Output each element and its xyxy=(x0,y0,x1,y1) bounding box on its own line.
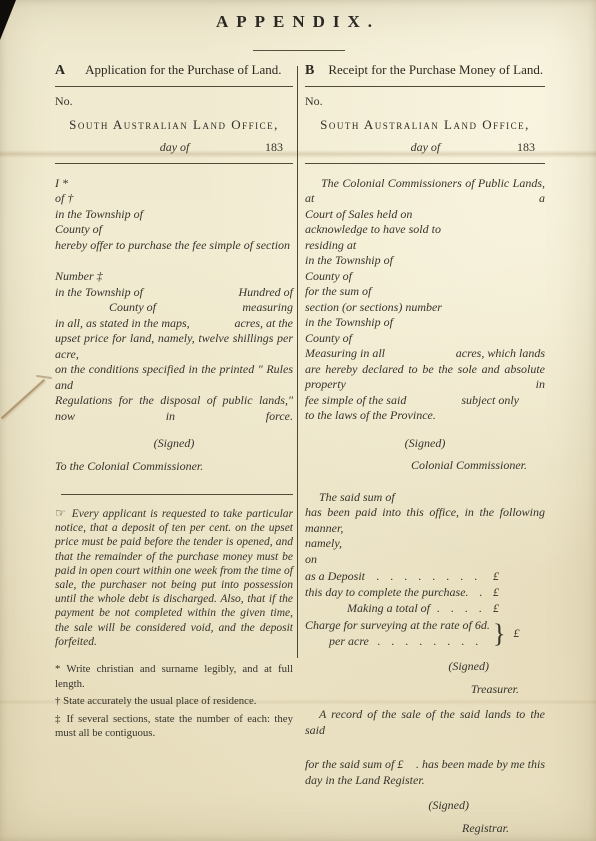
form-a-application: A Application for the Purchase of Land. … xyxy=(55,62,293,741)
form-line: Charge for surveying at the rate of 6d. xyxy=(305,618,491,634)
dot-leader: . . . . xyxy=(430,601,493,617)
form-line: are hereby declared to be the sole and a… xyxy=(305,362,545,393)
form-line: Regulations for the disposal of public l… xyxy=(55,393,293,424)
brace-glyph: } xyxy=(493,626,505,642)
form-line: Court of Sales held on xyxy=(305,207,545,223)
form-line: A record of the sale of the said lands t… xyxy=(305,707,545,738)
form-line: in all, as stated in the maps, xyxy=(55,316,190,332)
form-line: County of xyxy=(55,222,293,238)
currency-symbol: £ xyxy=(493,569,545,585)
form-pair-line: County of measuring xyxy=(55,300,293,316)
footnote: * Write christian and surname legibly, a… xyxy=(55,662,293,691)
form-line: County of xyxy=(305,331,545,347)
currency-symbol: £ xyxy=(493,585,545,601)
form-line: to the laws of the Province. xyxy=(305,408,545,424)
surveying-charge-row: Charge for surveying at the rate of 6d. … xyxy=(305,618,545,649)
office-name: South Australian Land Office, xyxy=(305,117,545,133)
form-b-heading: Receipt for the Purchase Money of Land. xyxy=(328,62,543,78)
year-prefix: 183 xyxy=(265,140,283,156)
signed-label: (Signed) xyxy=(305,436,545,452)
form-line: in the Township of xyxy=(305,315,545,331)
payment-label: this day to complete the purchase xyxy=(305,585,466,601)
payment-label: as a Deposit xyxy=(305,569,365,585)
form-line: has been paid into this office, in the f… xyxy=(305,505,545,536)
notice-paragraph: ☞Every applicant is requested to take pa… xyxy=(55,506,293,649)
form-line: in the Township of xyxy=(305,253,545,269)
payment-row: as a Deposit . . . . . . . . £ xyxy=(305,569,545,585)
commissioner-title: Colonial Commissioner. xyxy=(305,458,545,474)
number-label: No. xyxy=(305,94,545,110)
footnote: † State accurately the usual place of re… xyxy=(55,694,293,709)
treasurer-title: Treasurer. xyxy=(305,682,545,698)
number-label: No. xyxy=(55,94,293,110)
form-line: acres, at the xyxy=(234,316,293,332)
form-line: on the conditions specified in the print… xyxy=(55,362,293,393)
day-of-label: day of xyxy=(411,140,441,156)
manicule-icon: ☞ xyxy=(55,506,66,520)
application-opening: I * of † in the Township of County of he… xyxy=(55,176,293,254)
form-a-header: A Application for the Purchase of Land. xyxy=(55,62,293,79)
form-line: Number ‡ xyxy=(55,269,293,285)
form-b-header: B Receipt for the Purchase Money of Land… xyxy=(305,62,545,79)
form-b-receipt: B Receipt for the Purchase Money of Land… xyxy=(305,62,545,836)
form-a-heading: Application for the Purchase of Land. xyxy=(85,62,281,78)
date-row: day of 183 xyxy=(55,140,293,156)
page-title: APPENDIX. xyxy=(0,12,596,32)
form-line: I * xyxy=(55,176,293,192)
paper-tear xyxy=(1,379,45,419)
registrar-title: Registrar. xyxy=(305,821,545,837)
column-divider xyxy=(297,66,298,658)
rule xyxy=(55,163,293,164)
form-line: residing at xyxy=(305,238,545,254)
dot-leader: . . . . . . . . xyxy=(369,634,491,650)
rule xyxy=(305,86,545,87)
form-line: for the sum of xyxy=(305,284,545,300)
year-prefix: 183 xyxy=(517,140,535,156)
form-pair-line: in all, as stated in the maps, acres, at… xyxy=(55,316,293,332)
payment-table: as a Deposit . . . . . . . . £ this day … xyxy=(305,569,545,649)
payment-label: Making a total of xyxy=(305,601,430,617)
form-line: subject only xyxy=(461,393,545,409)
form-line: acres, which lands xyxy=(456,346,545,362)
title-underline xyxy=(253,50,345,51)
form-line: Hundred of xyxy=(238,285,293,301)
form-pair-line: Measuring in all acres, which lands xyxy=(305,346,545,362)
currency-symbol: £ xyxy=(493,601,545,617)
dot-leader: . . . xyxy=(466,585,493,601)
signed-label: (Signed) xyxy=(305,798,545,814)
form-line: The Colonial Commissioners of Public Lan… xyxy=(305,176,545,207)
form-a-letter: A xyxy=(55,63,65,79)
payment-row: Making a total of . . . . £ xyxy=(305,601,545,617)
form-line: in the Township of xyxy=(55,285,143,301)
receipt-opening: The Colonial Commissioners of Public Lan… xyxy=(305,176,545,424)
form-pair-line: fee simple of the said subject only xyxy=(305,393,545,409)
rule xyxy=(61,494,293,495)
form-line: in the Township of xyxy=(55,207,293,223)
day-of-label: day of xyxy=(160,140,190,156)
form-line: The said sum of xyxy=(305,490,545,506)
signed-label: (Signed) xyxy=(55,436,293,452)
date-row: day of 183 xyxy=(305,140,545,156)
form-line: fee simple of the said xyxy=(305,393,406,409)
form-line: County of xyxy=(305,269,545,285)
form-line: Measuring in all xyxy=(305,346,385,362)
office-name: South Australian Land Office, xyxy=(55,117,293,133)
dot-leader: . . . . . . . . xyxy=(365,569,493,585)
form-line: upset price for land, namely, twelve shi… xyxy=(55,331,293,362)
form-line: hereby offer to purchase the fee simple … xyxy=(55,238,293,254)
form-line: measuring xyxy=(242,300,293,316)
form-line: on xyxy=(305,552,545,568)
form-line: acknowledge to have sold to xyxy=(305,222,545,238)
form-line: namely, xyxy=(305,536,545,552)
form-line: day in the Land Register. xyxy=(305,773,545,789)
notice-text: Every applicant is requested to take par… xyxy=(55,508,293,648)
form-line: per acre xyxy=(305,634,369,650)
form-line: section (or sections) number xyxy=(305,300,545,316)
form-pair-line: in the Township of Hundred of xyxy=(55,285,293,301)
rule xyxy=(305,163,545,164)
signed-label: (Signed) xyxy=(305,659,545,675)
form-b-letter: B xyxy=(305,63,314,79)
record-sum-row: for the said sum of £ . has been made by… xyxy=(305,757,545,773)
addressee-line: To the Colonial Commissioner. xyxy=(55,459,293,475)
footnote: ‡ If several sections, state the number … xyxy=(55,712,293,741)
scanned-document-page: APPENDIX. A Application for the Purchase… xyxy=(0,0,596,841)
form-line: for the said sum of £ xyxy=(305,757,403,773)
form-line: County of xyxy=(55,300,156,316)
form-line: of † xyxy=(55,191,293,207)
surveying-charge-label: Charge for surveying at the rate of 6d. … xyxy=(305,618,491,649)
currency-symbol: £ xyxy=(513,626,519,642)
rule xyxy=(55,86,293,87)
payment-row: this day to complete the purchase . . . … xyxy=(305,585,545,601)
footnotes: * Write christian and surname legibly, a… xyxy=(55,662,293,741)
form-line: . has been made by me this xyxy=(416,757,545,773)
